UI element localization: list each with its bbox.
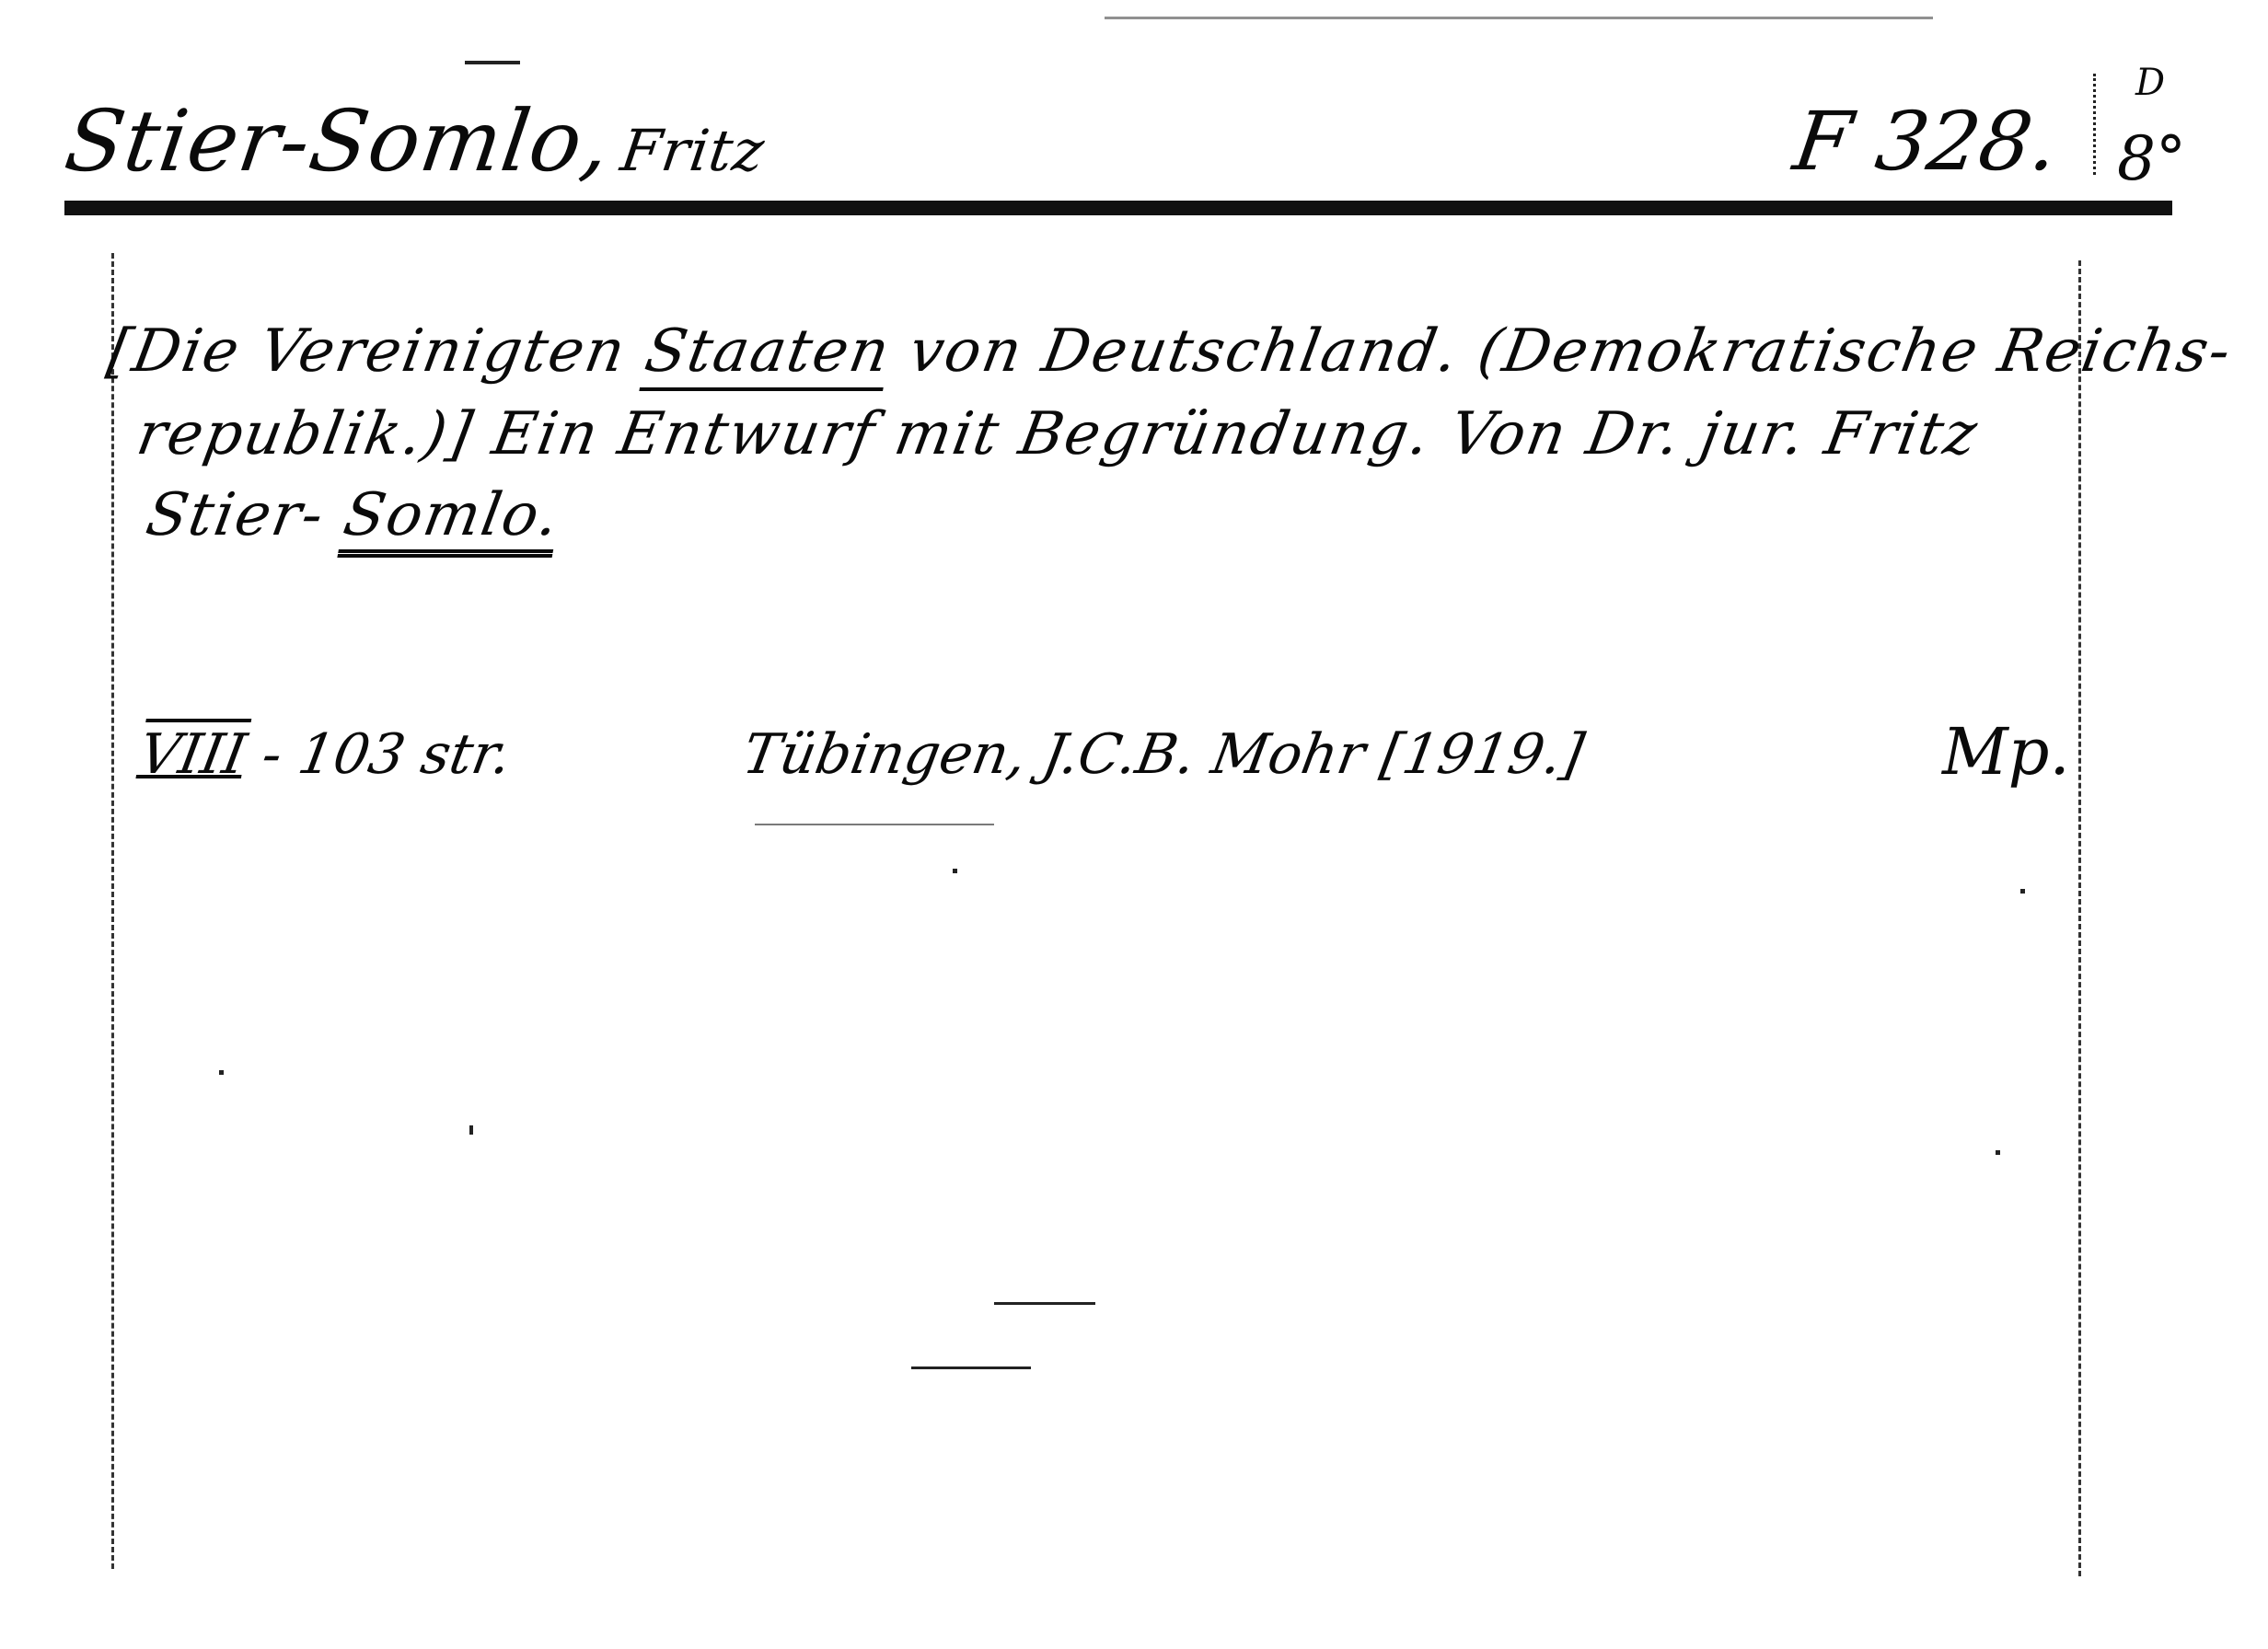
scan-speck: [2020, 889, 2025, 894]
title-line-1: [Die Vereinigten Staaten von Deutschland…: [103, 322, 2236, 381]
scan-speck: [911, 1366, 1031, 1369]
scan-speck: [1996, 1150, 2000, 1155]
header-dotted-divider: [2093, 74, 2096, 175]
cataloger-initials: Mp.: [1942, 720, 2070, 784]
title-line-1-post: von Deutschland. (Demokratische Reichs-: [884, 317, 2237, 386]
scan-speck: [953, 869, 957, 873]
title-line-2: republik.)] Ein Entwurf mit Begründung. …: [133, 405, 1983, 464]
scan-speck: [219, 1070, 224, 1075]
title-keyword-underlined: Staaten: [640, 317, 896, 386]
right-margin-dotted-line: [2078, 260, 2081, 1576]
author-name-underlined: Somlo.: [339, 481, 565, 549]
scan-speck: [469, 1125, 473, 1135]
format-size: 8°: [2117, 129, 2186, 190]
scan-speck: [755, 824, 994, 825]
title-line-1-pre: [Die Vereinigten: [102, 317, 652, 386]
pagination-roman: VIII: [134, 722, 251, 787]
format-letter: D: [2135, 64, 2165, 101]
author-heading: Stier-Somlo,Fritz: [61, 99, 772, 184]
header-rule: [64, 201, 2172, 215]
scan-speck: [465, 61, 520, 64]
author-surname: Stier-Somlo,: [60, 92, 618, 190]
pagination: VIII - 103 str.: [135, 727, 515, 782]
left-margin-dotted-line: [111, 253, 114, 1569]
scan-speck: [1105, 17, 1933, 19]
pagination-pages: - 103 str.: [239, 722, 515, 787]
publication-info: Tübingen, J.C.B. Mohr [1919.]: [739, 727, 1588, 782]
author-given-name: Fritz: [617, 117, 769, 184]
call-number: F 328.: [1789, 101, 2063, 182]
title-line-3-pre: Stier-: [141, 481, 330, 549]
title-line-3: Stier- Somlo.: [142, 486, 564, 545]
scan-speck: [994, 1302, 1095, 1305]
